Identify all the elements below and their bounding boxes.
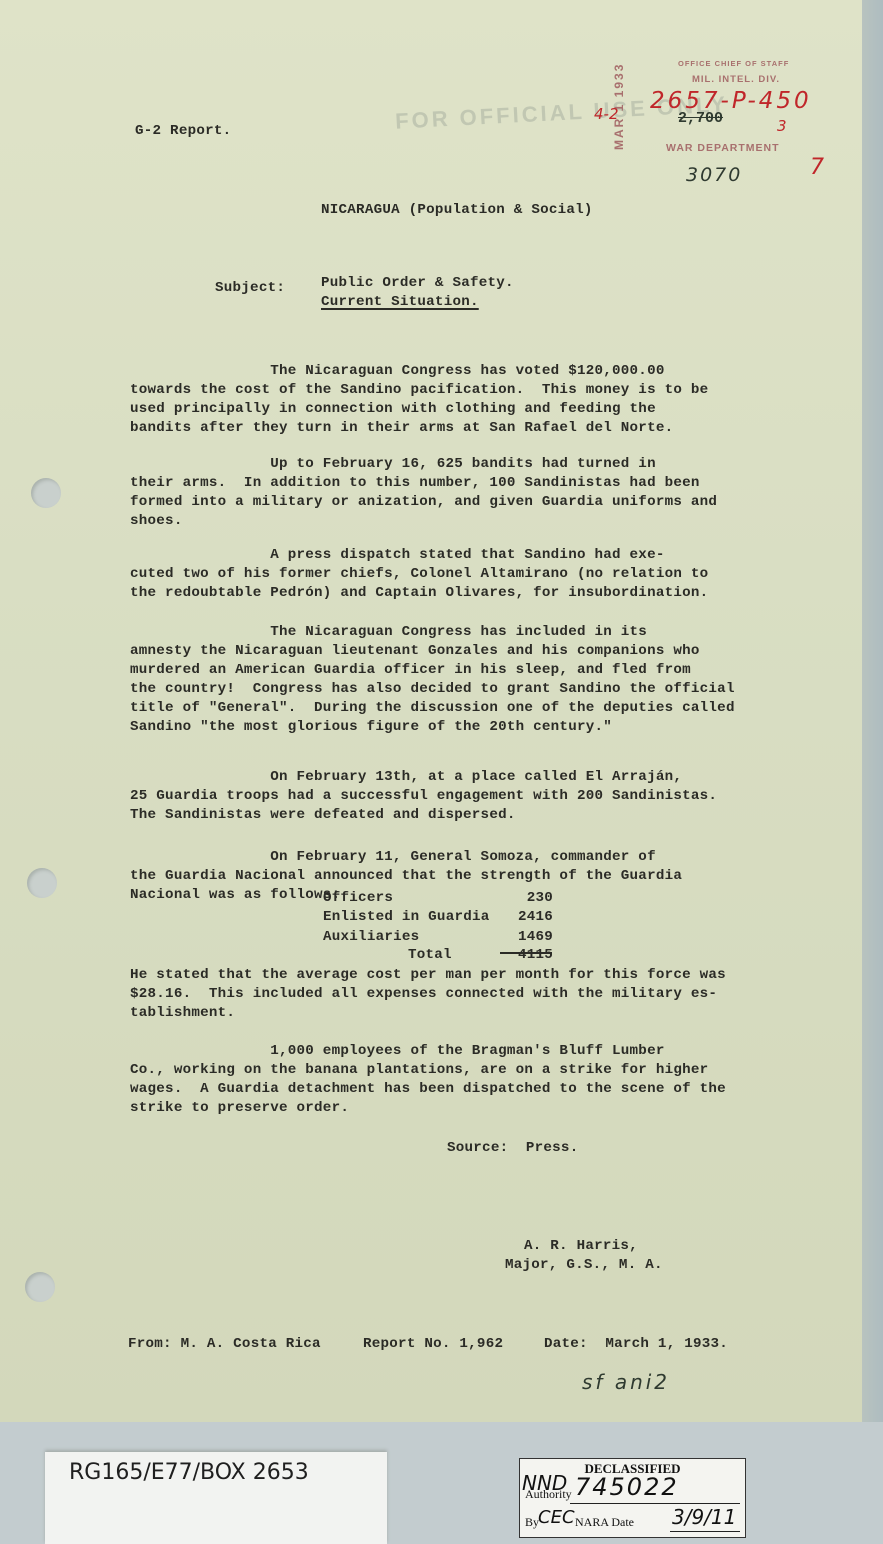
- source-line: Source: Press.: [447, 1139, 578, 1158]
- handwritten-file-number: 2657-P-450: [650, 88, 812, 114]
- paragraph: On February 13th, at a place called El A…: [130, 768, 780, 825]
- document-page: FOR OFFICIAL USE ONLY MAR 1 1933 OFFICE …: [0, 0, 865, 1422]
- signature-title: Major, G.S., M. A.: [505, 1256, 663, 1275]
- declassified-stamp: DECLASSIFIED NND Authority 745022 By CEC…: [519, 1458, 746, 1538]
- footer-report-no: Report No. 1,962: [363, 1335, 503, 1354]
- by-value: CEC: [538, 1507, 575, 1528]
- authority-label: Authority: [525, 1487, 572, 1502]
- subject-label: Subject:: [215, 279, 285, 298]
- date-line: [670, 1531, 740, 1532]
- authority-line: [570, 1503, 740, 1504]
- table-row: Auxiliaries1469: [323, 928, 553, 947]
- country-heading: NICARAGUA (Population & Social): [321, 201, 593, 220]
- handwritten-prefix: 4-2: [594, 105, 619, 123]
- paragraph: A press dispatch stated that Sandino had…: [130, 546, 780, 603]
- handwritten-mark: 7: [810, 155, 824, 180]
- table-row-value: 2416: [518, 908, 553, 927]
- authority-value: 745022: [575, 1473, 679, 1501]
- footer-date: Date: March 1, 1933.: [544, 1335, 728, 1354]
- table-row-label: Auxiliaries: [323, 928, 419, 947]
- table-row: Enlisted in Guardia2416: [323, 908, 553, 927]
- archive-label-card: RG165/E77/BOX 2653: [45, 1452, 387, 1544]
- subject-line-2: Current Situation.: [321, 293, 479, 312]
- paragraph: 1,000 employees of the Bragman's Bluff L…: [130, 1042, 780, 1118]
- table-total-row: Total4115: [408, 946, 553, 965]
- table-row: Officers230: [323, 889, 553, 908]
- declassification-date: 3/9/11: [672, 1505, 736, 1529]
- report-type: G-2 Report.: [135, 122, 231, 141]
- handwritten-sub-number: 3: [777, 117, 787, 135]
- paragraph: He stated that the average cost per man …: [130, 966, 780, 1023]
- table-total-value: 4115: [518, 946, 553, 965]
- paragraph: Up to February 16, 625 bandits had turne…: [130, 455, 780, 531]
- mil-intel-stamp: MIL. INTEL. DIV.: [692, 74, 780, 85]
- table-row-label: Officers: [323, 889, 393, 908]
- paragraph: The Nicaraguan Congress has voted $120,0…: [130, 362, 780, 438]
- table-total-label: Total: [408, 946, 452, 965]
- war-department-stamp: WAR DEPARTMENT: [666, 142, 780, 154]
- subject-line-1: Public Order & Safety.: [321, 274, 514, 293]
- handwritten-number: 3070: [686, 164, 742, 186]
- paragraph: The Nicaraguan Congress has included in …: [130, 623, 780, 737]
- total-rule: [500, 952, 552, 954]
- punch-hole: [27, 868, 57, 898]
- page-edge: [862, 0, 883, 1422]
- handwritten-initials: sf ani2: [582, 1370, 670, 1394]
- archive-label-text: RG165/E77/BOX 2653: [69, 1460, 309, 1485]
- punch-hole: [25, 1272, 55, 1302]
- office-chief-stamp: OFFICE CHIEF OF STAFF: [678, 59, 789, 68]
- footer-from: From: M. A. Costa Rica: [128, 1335, 321, 1354]
- table-row-value: 230: [527, 889, 553, 908]
- punch-hole: [31, 478, 61, 508]
- nara-date-label: NARA Date: [575, 1515, 634, 1530]
- by-label: By: [525, 1515, 539, 1530]
- table-row-label: Enlisted in Guardia: [323, 908, 490, 927]
- table-row-value: 1469: [518, 928, 553, 947]
- signature-name: A. R. Harris,: [524, 1237, 638, 1256]
